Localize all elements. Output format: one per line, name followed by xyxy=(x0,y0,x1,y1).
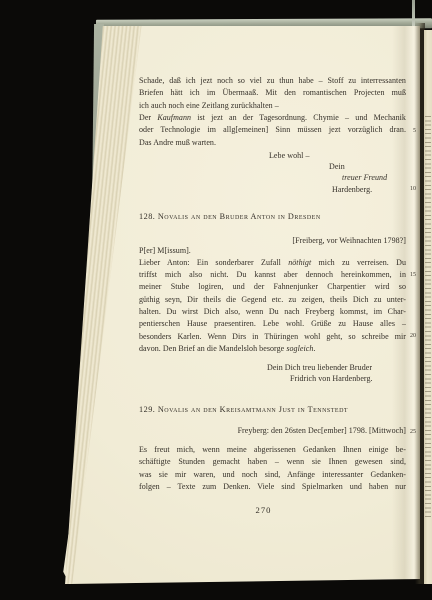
letter-127-paragraph-2: Der Kaufmann ist jezt an der Tagesordnun… xyxy=(139,112,406,149)
margin-line-number: 5 xyxy=(404,128,416,134)
letter-129-body: Es freut mich, wenn meine abgerissenen G… xyxy=(139,444,406,493)
page-number: 270 xyxy=(130,505,397,515)
margin-line-number: 20 xyxy=(404,333,416,339)
text-line: Das Andre muß warten. xyxy=(139,137,406,149)
signature-line-2: Fridrich von Hardenberg. xyxy=(139,373,406,385)
text-line: Der Kaufmann ist jezt an der Tagesordnun… xyxy=(139,112,406,124)
letter-128-delivery-note: P[er] M[issum]. xyxy=(139,246,406,255)
text-line: ich auch noch eine Zeitlang zurückhalten… xyxy=(139,100,406,112)
text-line: Schade, daß ich jezt noch so viel zu thu… xyxy=(139,75,406,87)
text-line: Es freut mich, wenn meine abgerissenen G… xyxy=(139,444,406,456)
facing-page-blurred-text xyxy=(425,116,431,518)
letter-127-closing: Lebe wohl – Dein treuer Freund Hardenber… xyxy=(139,150,406,196)
letter-129-dateline: Freyberg: den 26sten Dec[ember] 1798. [M… xyxy=(139,426,406,435)
text-line: oder Technologie im allg[emeinen] Sinn m… xyxy=(139,124,406,136)
farewell-line: Lebe wohl – xyxy=(139,150,406,161)
letter-128-heading: 128. Novalis an den Bruder Anton in Dres… xyxy=(139,212,406,221)
text-line: pentierschen Hause praesentiren. Lebe wo… xyxy=(139,318,406,330)
margin-line-number: 10 xyxy=(404,186,416,192)
letter-128-signature: Dein Dich treu liebender Bruder Fridrich… xyxy=(139,362,406,386)
text-line: besonders Karlen. Wenn Dirs in Thüringen… xyxy=(139,331,406,343)
text-line: Lieber Anton: Ein sonderbarer Zufall nöt… xyxy=(139,257,406,269)
facing-page-sliver xyxy=(424,30,432,584)
letter-127-paragraph-1: Schade, daß ich jezt noch so viel zu thu… xyxy=(139,75,406,112)
text-line: meiner Stube logiren, und der Fahnenjunk… xyxy=(139,281,406,293)
text-line: schäftigte Stunden gemacht haben – wenn … xyxy=(139,456,406,468)
text-line: folgen – Texte zum Denken. Viele sind Sp… xyxy=(139,481,406,493)
text-line: Briefen hätt ich im Übermaaß. Mit den ro… xyxy=(139,87,406,99)
signature-name-line: Hardenberg. xyxy=(139,184,406,195)
margin-line-number: 15 xyxy=(404,272,416,278)
letter-129-heading: 129. Novalis an den Kreisamtmann Just in… xyxy=(139,405,406,414)
text-line: was sie mir waren, und noch sind, Anfäng… xyxy=(139,469,406,481)
signature-role-line: treuer Freund xyxy=(139,172,406,183)
text-line: triffst mich also nicht. Du kannst aber … xyxy=(139,269,406,281)
text-line: davon. Den Brief an die Mandelsloh besor… xyxy=(139,343,406,355)
text-line: halten. Du wirst Dich also, wenn Du nach… xyxy=(139,306,406,318)
valediction-line: Dein xyxy=(139,161,406,172)
letter-128-dateline: [Freiberg, vor Weihnachten 1798?] xyxy=(139,236,406,245)
signature-line-1: Dein Dich treu liebender Bruder xyxy=(139,362,406,374)
text-line: güthig seyn, Dir theils die Gegend etc. … xyxy=(139,294,406,306)
margin-line-number: 25 xyxy=(404,429,416,435)
letter-128-body: Lieber Anton: Ein sonderbarer Zufall nöt… xyxy=(139,257,406,355)
book-photo: Schade, daß ich jezt noch so viel zu thu… xyxy=(0,0,432,600)
